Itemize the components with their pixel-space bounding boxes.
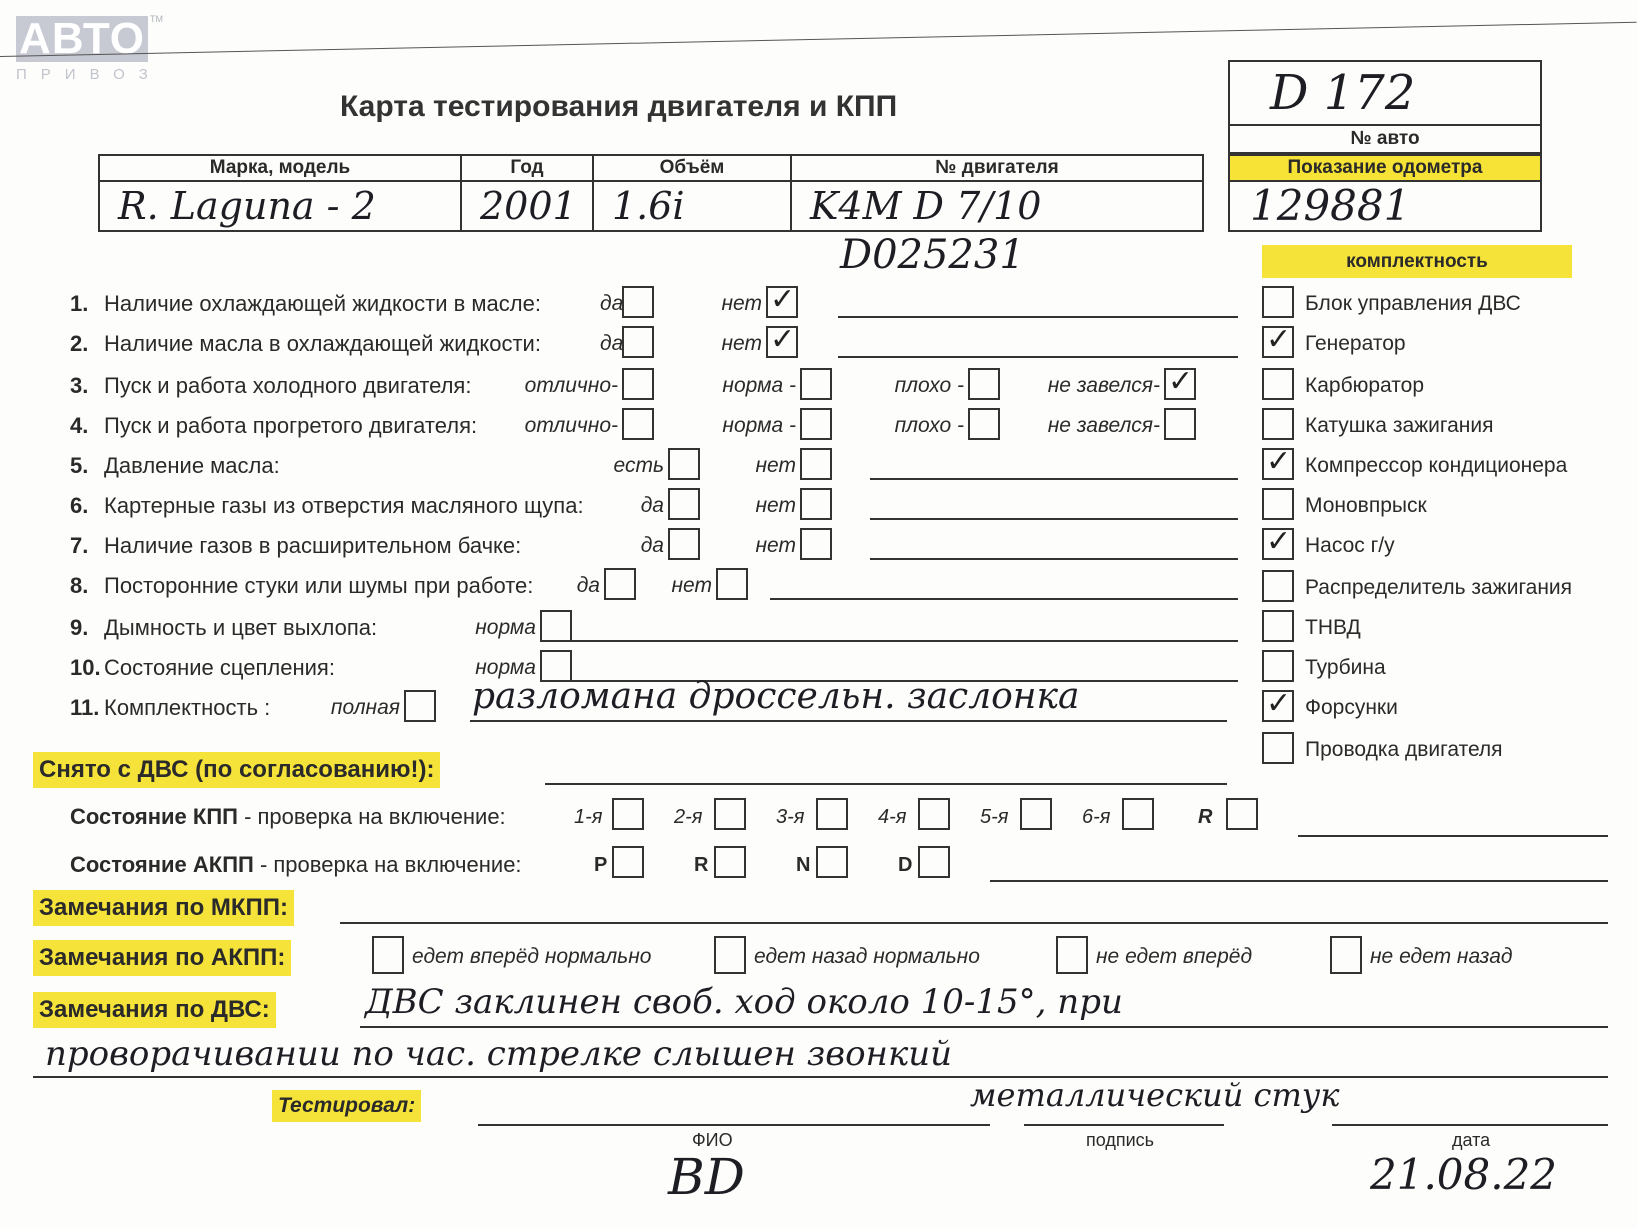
kpp-gear-checkbox[interactable] [714, 798, 746, 830]
option-checkbox[interactable] [604, 568, 636, 600]
kpp-gear-checkbox[interactable] [1122, 798, 1154, 830]
col-volume: Объём [593, 155, 791, 181]
option-checkbox[interactable] [622, 326, 654, 358]
check-number: 9. [70, 612, 104, 644]
option-checkbox[interactable] [800, 488, 832, 520]
completeness-item: Генератор [1305, 328, 1406, 360]
completeness-checkbox[interactable] [1262, 286, 1294, 318]
vehicle-info-table: Марка, модель Год Объём № двигателя R. L… [98, 154, 1204, 232]
odometer-value[interactable]: 129881 [1230, 182, 1540, 230]
option-checkbox[interactable] [800, 448, 832, 480]
kpp-gear-checkbox[interactable] [1020, 798, 1052, 830]
watermark-tm: TM [150, 14, 163, 24]
check-row: 1.Наличие охлаждающей жидкости в масле: [70, 288, 541, 320]
option-checkbox[interactable] [1164, 408, 1196, 440]
watermark-subtitle: ПРИВОЗ [16, 66, 162, 83]
completeness-checkbox[interactable] [1262, 570, 1294, 602]
engine-number-extra: D025231 [840, 232, 1025, 278]
dvs-remarks-label: Замечания по ДВС: [33, 992, 276, 1028]
kpp-gear-checkbox[interactable] [816, 798, 848, 830]
check-row: 3.Пуск и работа холодного двигателя: [70, 370, 471, 402]
option-label: отлично- [520, 409, 618, 443]
fio-line[interactable] [478, 1124, 990, 1126]
check-row: 10.Состояние сцепления: [70, 652, 335, 684]
fio-value[interactable]: BD [668, 1148, 745, 1206]
car-number-box: D 172 № авто [1228, 60, 1542, 154]
odometer-box: Показание одометра 129881 [1228, 154, 1542, 232]
kpp-label-bold: Состояние КПП [70, 804, 238, 829]
kpp-gear-label: 1-я [574, 800, 602, 834]
option-label: нет [752, 529, 796, 563]
completeness-checkbox[interactable] [1262, 732, 1294, 764]
check-number: 6. [70, 490, 104, 522]
check-row: 2.Наличие масла в охлаждающей жидкости: [70, 328, 541, 360]
akpp-remark-label: едет вперёд нормально [412, 940, 651, 974]
akpp-gear-checkbox[interactable] [816, 846, 848, 878]
check-row: 11.Комплектность : [70, 692, 270, 724]
col-year: Год [461, 155, 593, 181]
akpp-gear-checkbox[interactable] [714, 846, 746, 878]
check-notes-line[interactable] [870, 518, 1238, 520]
check-label: Состояние сцепления: [104, 655, 335, 680]
option-label: норма - [720, 409, 796, 443]
check-note[interactable]: разломана дроссельн. заслонка [472, 676, 1079, 717]
date-value[interactable]: 21.08.22 [1370, 1150, 1557, 1199]
dvs-remarks-rule-1 [360, 1026, 1608, 1028]
completeness-item: Моновпрыск [1305, 490, 1427, 522]
check-row: 6.Картерные газы из отверстия масляного … [70, 490, 584, 522]
completeness-item: Насос г/у [1305, 530, 1395, 562]
car-number-value[interactable]: D 172 [1230, 62, 1540, 126]
option-checkbox[interactable]: ✓ [1164, 368, 1196, 400]
checkmark-icon: ✓ [770, 322, 795, 357]
completeness-item: ТНВД [1305, 612, 1361, 644]
check-label: Посторонние стуки или шумы при работе: [104, 573, 533, 598]
make-model-value[interactable]: R. Laguna - 2 [99, 181, 461, 231]
option-label: нет [706, 327, 762, 361]
completeness-heading: комплектность [1262, 245, 1572, 278]
odometer-label: Показание одометра [1230, 156, 1540, 182]
option-label: отлично- [520, 369, 618, 403]
date-caption: дата [1452, 1130, 1490, 1151]
completeness-item: Форсунки [1305, 692, 1398, 724]
kpp-gear-label: 6-я [1082, 800, 1110, 834]
kpp-label-rest: - проверка на включение: [238, 804, 506, 829]
akpp-remark-checkbox[interactable] [1330, 936, 1362, 974]
signature-caption: подпись [1086, 1130, 1154, 1151]
option-checkbox[interactable] [668, 528, 700, 560]
akpp-gear-checkbox[interactable] [612, 846, 644, 878]
kpp-gear-checkbox[interactable] [918, 798, 950, 830]
completeness-checkbox[interactable] [1262, 408, 1294, 440]
completeness-item: Карбюратор [1305, 370, 1424, 402]
option-checkbox[interactable] [540, 610, 572, 642]
checkmark-icon: ✓ [770, 282, 795, 317]
check-label: Давление масла: [104, 453, 280, 478]
check-number: 10. [70, 652, 104, 684]
volume-value[interactable]: 1.6i [593, 181, 791, 231]
check-label: Дымность и цвет выхлопа: [104, 615, 377, 640]
option-label: не завелся- [1044, 369, 1160, 403]
check-row: 7.Наличие газов в расширительном бачке: [70, 530, 521, 562]
kpp-label: Состояние КПП - проверка на включение: [70, 800, 506, 834]
col-make-model: Марка, модель [99, 155, 461, 181]
option-label: да [636, 489, 664, 523]
option-label: есть [610, 449, 664, 483]
check-label: Картерные газы из отверстия масляного щу… [104, 493, 584, 518]
akpp-remark-checkbox[interactable] [1056, 936, 1088, 974]
check-notes-line[interactable] [838, 356, 1238, 358]
completeness-item: Проводка двигателя [1305, 734, 1503, 766]
option-label: нет [706, 287, 762, 321]
check-row: 8.Посторонние стуки или шумы при работе: [70, 570, 533, 602]
option-checkbox[interactable] [800, 368, 832, 400]
option-label: нет [752, 449, 796, 483]
kpp-gear-label: 5-я [980, 800, 1008, 834]
paper-fold-line [0, 22, 1637, 57]
akpp-remark-label: не едет назад [1370, 940, 1512, 974]
check-row: 5.Давление масла: [70, 450, 280, 482]
removed-section-label: Снято с ДВС (по согласованию!): [33, 752, 440, 788]
option-checkbox[interactable] [668, 488, 700, 520]
check-row: 9.Дымность и цвет выхлопа: [70, 612, 377, 644]
completeness-checkbox[interactable] [1262, 610, 1294, 642]
dvs-remarks-line-1[interactable]: ДВС заклинен своб. ход около 10-15°, при [365, 982, 1123, 1022]
kpp-gear-label: R [1198, 800, 1212, 834]
check-label: Пуск и работа прогретого двигателя: [104, 413, 477, 438]
option-checkbox[interactable] [622, 368, 654, 400]
akpp-gear-checkbox[interactable] [918, 846, 950, 878]
check-notes-line[interactable] [870, 478, 1238, 480]
date-line[interactable] [1332, 1124, 1608, 1126]
check-label: Пуск и работа холодного двигателя: [104, 373, 471, 398]
completeness-item: Блок управления ДВС [1305, 288, 1521, 320]
option-label: да [600, 287, 618, 321]
check-number: 11. [70, 692, 104, 724]
check-number: 4. [70, 410, 104, 442]
option-label: норма [464, 611, 536, 645]
tested-by-label: Тестировал: [272, 1090, 421, 1122]
mkpp-remarks-line[interactable] [340, 922, 1608, 924]
completeness-item: Распределитель зажигания [1305, 572, 1572, 604]
completeness-item: Турбина [1305, 652, 1386, 684]
completeness-item: Катушка зажигания [1305, 410, 1493, 442]
akpp-remarks-label: Замечания по АКПП: [33, 940, 291, 976]
kpp-notes-line[interactable] [1298, 835, 1608, 837]
option-checkbox[interactable] [716, 568, 748, 600]
akpp-notes-line[interactable] [990, 880, 1608, 882]
option-checkbox[interactable] [800, 528, 832, 560]
akpp-remark-label: едет назад нормально [754, 940, 980, 974]
check-number: 2. [70, 328, 104, 360]
check-notes-line[interactable] [870, 558, 1238, 560]
option-checkbox[interactable]: ✓ [766, 286, 798, 318]
akpp-remark-label: не едет вперёд [1096, 940, 1252, 974]
akpp-gear-label: P [594, 848, 607, 882]
kpp-gear-checkbox[interactable] [1226, 798, 1258, 830]
completeness-checkbox[interactable] [1262, 650, 1294, 682]
completeness-checkbox[interactable] [1262, 368, 1294, 400]
year-value[interactable]: 2001 [461, 181, 593, 231]
completeness-checkbox[interactable]: ✓ [1262, 326, 1294, 358]
kpp-gear-label: 3-я [776, 800, 804, 834]
option-checkbox[interactable] [968, 408, 1000, 440]
check-number: 8. [70, 570, 104, 602]
akpp-remark-checkbox[interactable] [714, 936, 746, 974]
removed-section-line[interactable] [545, 783, 1227, 785]
option-label: норма - [720, 369, 796, 403]
car-number-label: № авто [1230, 126, 1540, 152]
mkpp-remarks-label: Замечания по МКПП: [33, 890, 294, 926]
kpp-gear-label: 4-я [878, 800, 906, 834]
akpp-gear-label: R [694, 848, 708, 882]
check-notes-line[interactable] [770, 598, 1238, 600]
check-label: Наличие газов в расширительном бачке: [104, 533, 521, 558]
completeness-checkbox[interactable] [1262, 488, 1294, 520]
option-label: да [572, 569, 600, 603]
option-checkbox[interactable] [968, 368, 1000, 400]
option-label: плохо - [886, 369, 964, 403]
akpp-label: Состояние АКПП - проверка на включение: [70, 848, 522, 882]
option-label: нет [652, 569, 712, 603]
option-label: нет [752, 489, 796, 523]
check-notes-line[interactable] [470, 720, 1227, 722]
check-label: Наличие охлаждающей жидкости в масле: [104, 291, 541, 316]
kpp-gear-label: 2-я [674, 800, 702, 834]
check-number: 1. [70, 288, 104, 320]
completeness-checkbox[interactable]: ✓ [1262, 448, 1294, 480]
check-number: 5. [70, 450, 104, 482]
akpp-remark-checkbox[interactable] [372, 936, 404, 974]
page-title: Карта тестирования двигателя и КПП [340, 90, 897, 124]
option-label: полная [320, 691, 400, 725]
akpp-gear-label: D [898, 848, 912, 882]
akpp-gear-label: N [796, 848, 810, 882]
dvs-remarks-line-3[interactable]: металлический стук [970, 1076, 1339, 1114]
check-label: Комплектность : [104, 695, 270, 720]
completeness-checkbox[interactable]: ✓ [1262, 528, 1294, 560]
option-checkbox[interactable] [668, 448, 700, 480]
check-label: Наличие масла в охлаждающей жидкости: [104, 331, 541, 356]
check-notes-line[interactable] [838, 316, 1238, 318]
col-engine-number: № двигателя [791, 155, 1203, 181]
engine-number-value[interactable]: K4M D 7/10 [791, 181, 1203, 231]
kpp-gear-checkbox[interactable] [612, 798, 644, 830]
completeness-item: Компрессор кондиционера [1305, 450, 1567, 482]
option-checkbox[interactable] [622, 286, 654, 318]
option-label: да [600, 327, 618, 361]
dvs-remarks-line-2[interactable]: проворачивании по час. стрелке слышен зв… [45, 1034, 952, 1074]
akpp-label-bold: Состояние АКПП [70, 852, 254, 877]
option-checkbox[interactable] [404, 690, 436, 722]
option-checkbox[interactable]: ✓ [766, 326, 798, 358]
checkmark-icon: ✓ [1266, 686, 1291, 721]
option-checkbox[interactable] [622, 408, 654, 440]
completeness-checkbox[interactable]: ✓ [1262, 690, 1294, 722]
checkmark-icon: ✓ [1266, 524, 1291, 559]
check-notes-line[interactable] [572, 640, 1238, 642]
option-label: плохо - [886, 409, 964, 443]
checkmark-icon: ✓ [1266, 444, 1291, 479]
signature-line[interactable] [1024, 1124, 1224, 1126]
checkmark-icon: ✓ [1266, 322, 1291, 357]
dvs-remarks-rule-2 [33, 1076, 1608, 1078]
check-number: 3. [70, 370, 104, 402]
option-label: да [636, 529, 664, 563]
check-row: 4.Пуск и работа прогретого двигателя: [70, 410, 477, 442]
akpp-label-rest: - проверка на включение: [254, 852, 522, 877]
option-label: не завелся- [1044, 409, 1160, 443]
check-number: 7. [70, 530, 104, 562]
option-checkbox[interactable] [800, 408, 832, 440]
checkmark-icon: ✓ [1168, 364, 1193, 399]
